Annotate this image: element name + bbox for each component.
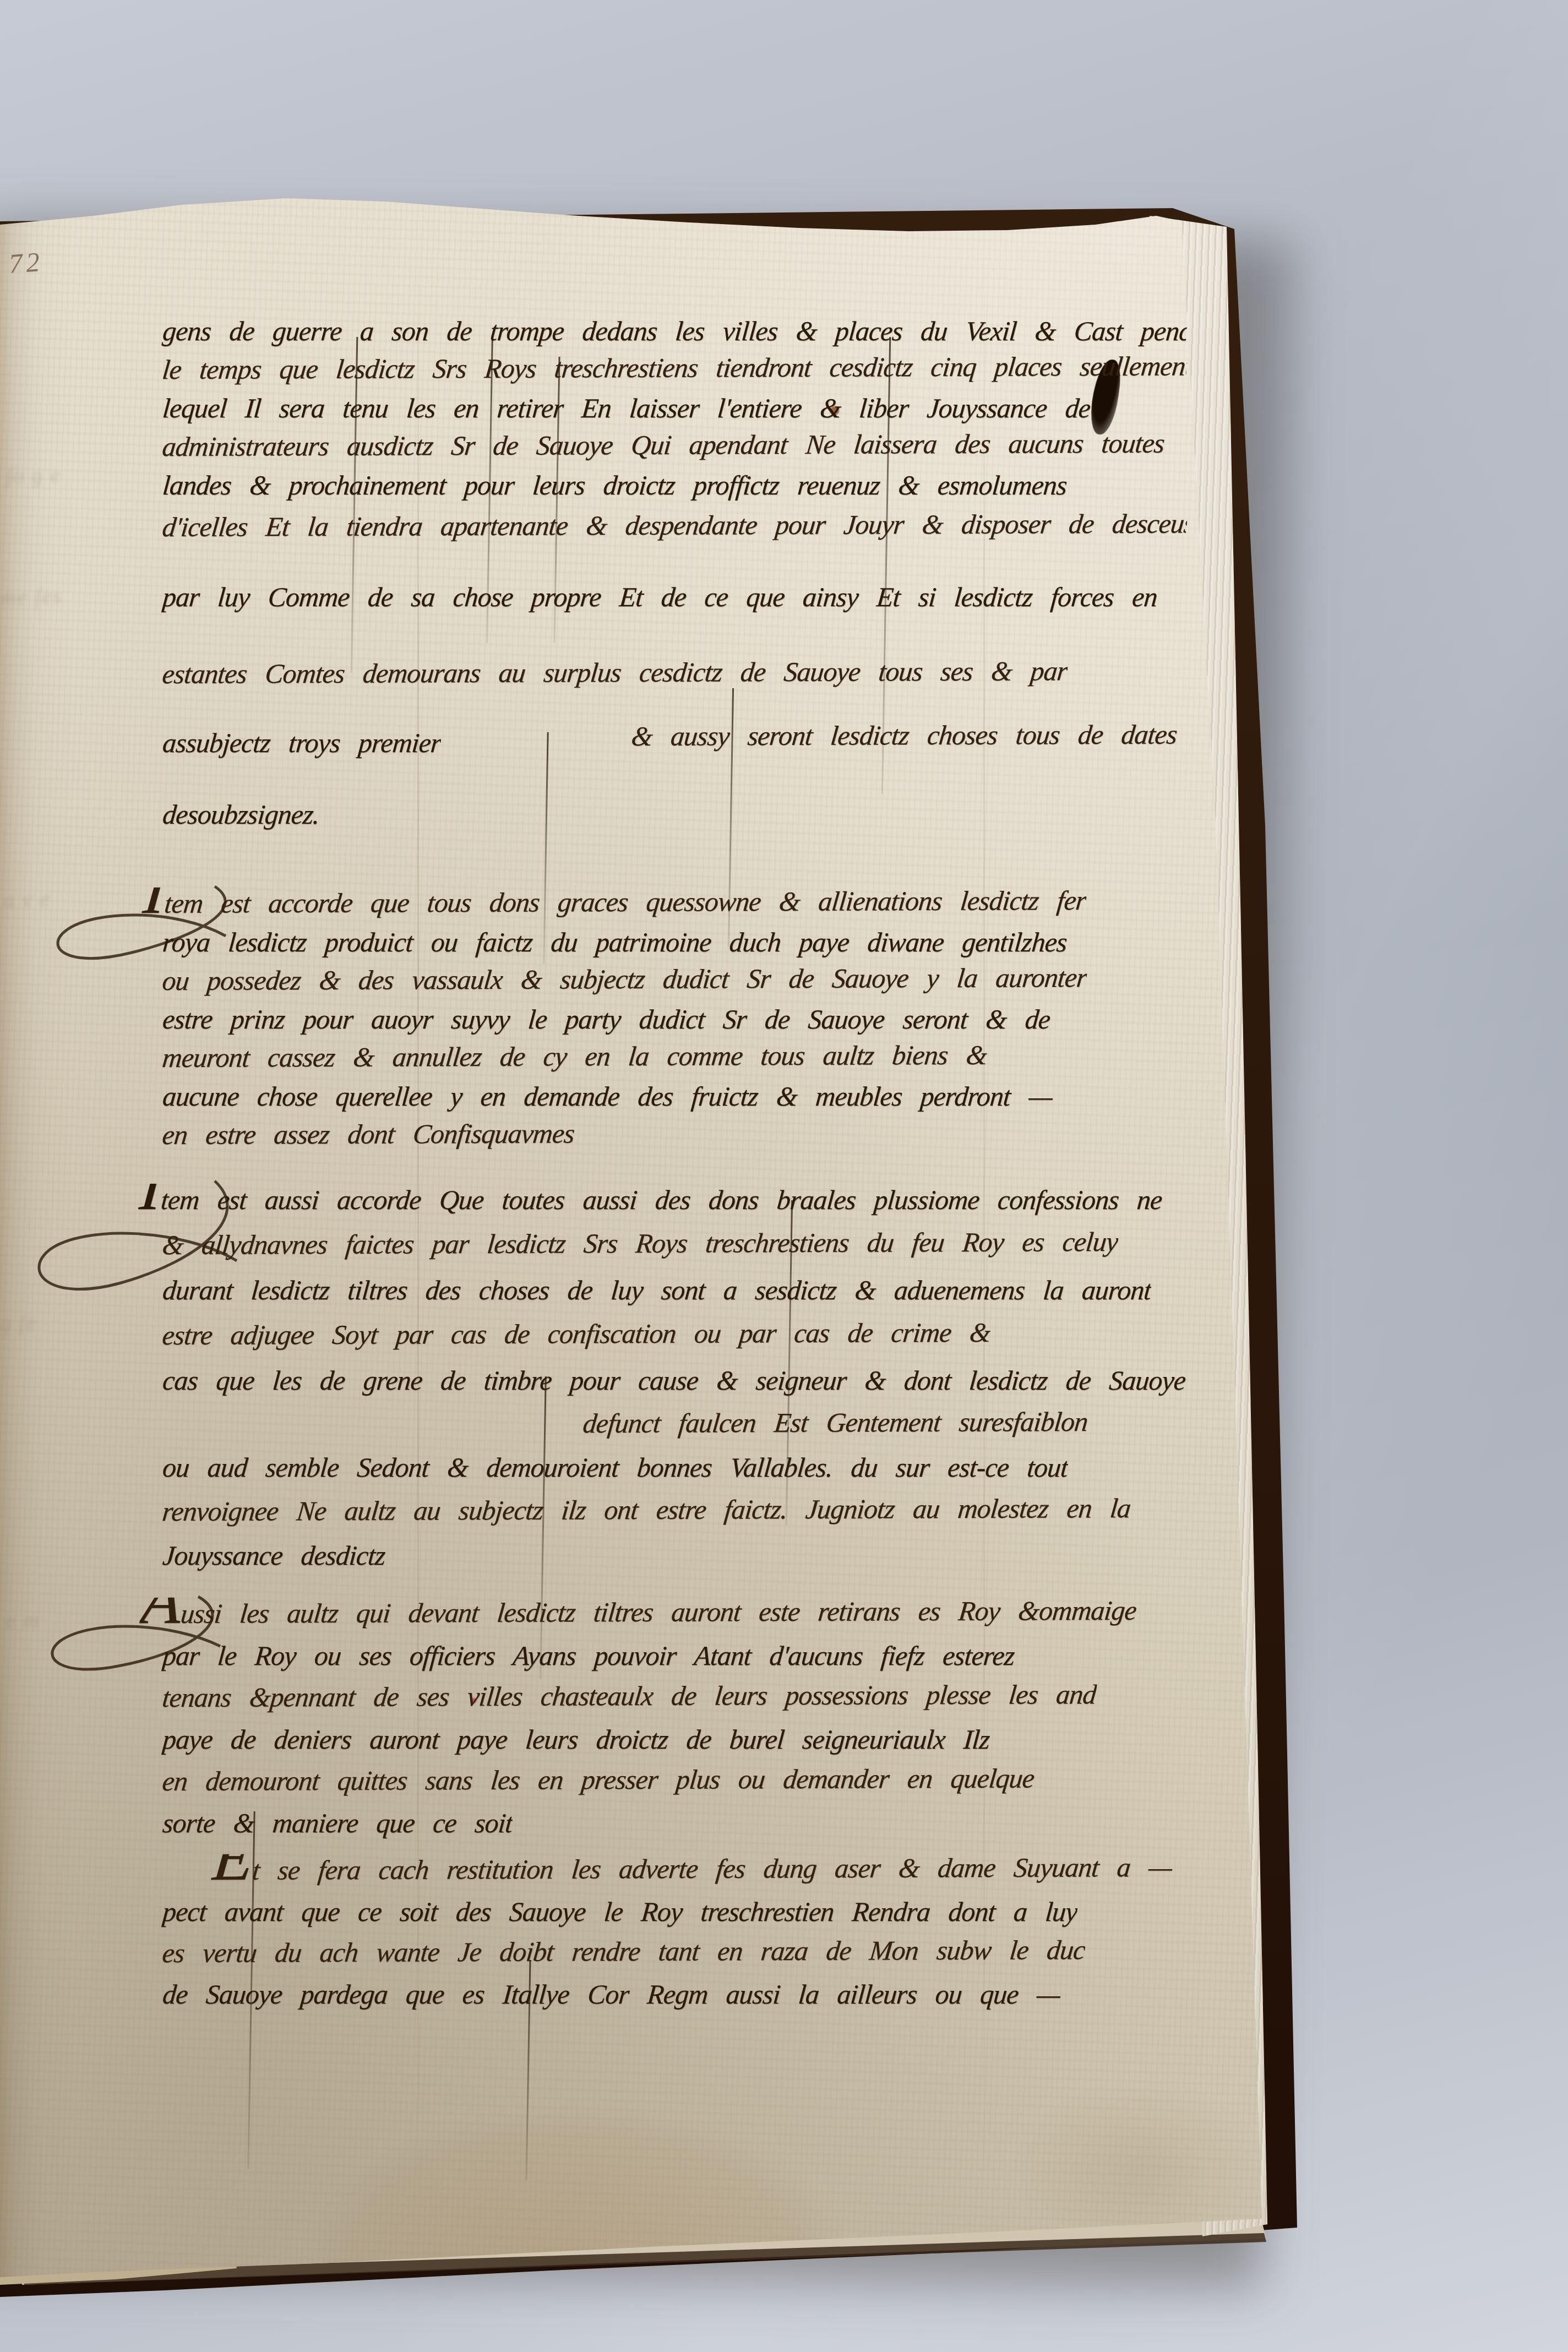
manuscript-line: assubjectz troys premier <box>161 727 442 759</box>
manuscript-line: aucune chose querellee y en demande des … <box>161 1080 1054 1112</box>
manuscript-line: es vertu du ach wante Je doibt rendre ta… <box>161 1934 1087 1969</box>
manuscript-line: Jouyssance desdictz <box>161 1539 386 1571</box>
manuscript-line: d'icelles Et la tiendra apartenante & de… <box>161 508 1189 543</box>
manuscript-line: pect avant que ce soit des Sauoye le Roy… <box>161 1896 1079 1928</box>
manuscript-line: & allydnavnes faictes par lesdictz Srs R… <box>161 1226 1119 1261</box>
manuscript-line: en demouront quittes sans les en presser… <box>161 1762 1036 1797</box>
manuscript-line: estantes Comtes demourans au surplus ces… <box>161 655 1069 690</box>
manuscript-line: sorte & maniere que ce soit <box>161 1807 514 1839</box>
manuscript-line: meuront cassez & annullez de cy en la co… <box>161 1039 989 1074</box>
manuscript-line: paye de deniers auront paye leurs droict… <box>161 1723 991 1755</box>
manuscript-line: & aussy seront lesdictz choses tous de d… <box>630 718 1184 752</box>
manuscript-line: tenans &pennant de ses villes chasteaulx… <box>161 1678 1097 1713</box>
manuscript-line: roya lesdictz produict ou faictz du patr… <box>161 926 1068 958</box>
manuscript-line: de Sauoye pardega que es Itallye Cor Reg… <box>161 1978 1062 2010</box>
manuscript-line: Item est accorde que tous dons graces qu… <box>141 884 1087 919</box>
manuscript-line: par le Roy ou ses officiers Ayans pouvoi… <box>161 1640 1016 1672</box>
photograph-background: ſo g e me ſes a v e g ſe e m 72 gens de … <box>0 0 1568 2352</box>
manuscript-line: Item est aussi accorde Que toutes aussi … <box>138 1184 1163 1216</box>
manuscript-line: defunct faulcen Est Gentement suresfaibl… <box>581 1406 1089 1439</box>
manuscript-line: en estre assez dont Confisquavmes <box>161 1117 576 1151</box>
manuscript-line: lequel Il sera tenu les en retirer En la… <box>161 392 1092 424</box>
manuscript-line: par luy Comme de sa chose propre Et de c… <box>161 581 1158 613</box>
manuscript-line: ou possedez & des vassaulx & subjectz du… <box>161 961 1088 997</box>
manuscript-line: cas que les de grene de timbre pour caus… <box>161 1364 1187 1396</box>
manuscript-line: Et se fera cach restitution les adverte … <box>210 1851 1174 1886</box>
manuscript-line: estre adjugee Soyt par cas de confiscati… <box>161 1316 992 1351</box>
manuscript-line: administrateurs ausdictz Sr de Sauoye Qu… <box>161 427 1166 462</box>
manuscript-line: gens de guerre a son de trompe dedans le… <box>161 315 1188 347</box>
manuscript-line: Aussi les aultz qui devant lesdictz tilt… <box>139 1594 1138 1630</box>
manuscript-line: estre prinz pour auoyr suyvy le party du… <box>161 1003 1052 1035</box>
manuscript-line: desoubzsignez. <box>161 798 321 830</box>
manuscript-line: renvoignee Ne aultz au subjectz ilz ont … <box>161 1492 1132 1527</box>
manuscript-line: le temps que lesdictz Srs Roys treschres… <box>161 350 1189 385</box>
manuscript-line: ou aud semble Sedont & demouroient bonne… <box>161 1451 1069 1483</box>
manuscript-line: durant lesdictz tiltres des choses de lu… <box>161 1274 1152 1306</box>
manuscript-line: landes & prochainement pour leurs droict… <box>161 469 1068 501</box>
